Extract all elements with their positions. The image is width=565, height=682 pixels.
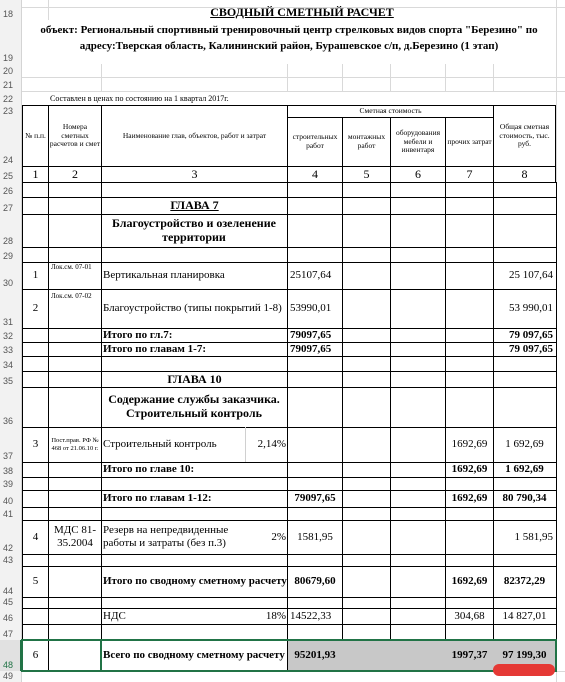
row-header-19[interactable]: 19 <box>0 20 22 64</box>
r31-total[interactable]: 53 990,01 <box>493 289 556 328</box>
r46-name: НДС <box>101 608 251 624</box>
r48-name: Всего по сводному сметному расчету <box>101 640 288 671</box>
r40-build[interactable]: 79097,65 <box>287 490 343 507</box>
r30-ref: Лок.см. 07-01 <box>51 263 99 288</box>
row-header-37[interactable]: 37 <box>0 427 22 462</box>
row-header-40[interactable]: 40 <box>0 490 22 507</box>
r37-num: 3 <box>22 427 49 462</box>
row-header-41[interactable]: 41 <box>0 507 22 520</box>
price-note: Составлен в ценах по состоянию на 1 квар… <box>48 92 308 105</box>
row-header-34[interactable]: 34 <box>0 356 22 371</box>
chapter10-title: ГЛАВА 10 <box>101 372 288 388</box>
r40-total[interactable]: 80 790,34 <box>493 490 556 507</box>
r42-pct[interactable]: 2% <box>250 520 287 554</box>
r44-name: Итого по сводному сметному расчету <box>101 566 288 597</box>
row-header-42[interactable]: 42 <box>0 520 22 554</box>
r37-total[interactable]: 1 692,69 <box>493 427 556 462</box>
r40-other[interactable]: 1692,69 <box>445 490 494 507</box>
r42-build[interactable]: 1581,95 <box>287 520 343 554</box>
row-header-25[interactable]: 25 <box>0 166 22 182</box>
object-line-1: объект: Региональный спортивный трениров… <box>22 22 556 38</box>
r44-build[interactable]: 80679,60 <box>287 566 343 597</box>
row-header-17[interactable] <box>0 0 22 7</box>
header-build: строительных работ <box>287 117 343 167</box>
row-header-29[interactable]: 29 <box>0 247 22 262</box>
object-line-2: адресу:Тверская область, Калининский рай… <box>22 38 556 54</box>
r37-ref: Пост.прав. РФ № 468 от 21.06.10 г. <box>48 428 102 461</box>
header-name: Наименование глав, объектов, работ и зат… <box>101 105 288 167</box>
row-header-47[interactable]: 47 <box>0 624 22 640</box>
row-header-49[interactable]: 49 <box>0 671 22 682</box>
row-header-46[interactable]: 46 <box>0 608 22 624</box>
r30-build[interactable]: 25107,64 <box>288 262 343 289</box>
r48-other[interactable]: 1997,37 <box>445 640 494 671</box>
header-mount: монтажных работ <box>342 117 391 167</box>
row-header-44[interactable]: 44 <box>0 566 22 597</box>
r46-total[interactable]: 14 827,01 <box>493 608 556 624</box>
header-other: прочих затрат <box>445 117 494 167</box>
r33-name: Итого по главам 1-7: <box>101 342 288 356</box>
index-3: 3 <box>101 166 288 183</box>
r32-name: Итого по гл.7: <box>101 328 288 342</box>
r33-total[interactable]: 79 097,65 <box>493 342 556 356</box>
row-header-21[interactable]: 21 <box>0 77 22 91</box>
row-header-23[interactable]: 23 <box>0 105 22 117</box>
r32-total[interactable]: 79 097,65 <box>493 328 556 342</box>
r33-build[interactable]: 79097,65 <box>288 342 343 356</box>
r44-total[interactable]: 82372,29 <box>493 566 556 597</box>
index-6: 6 <box>390 166 446 183</box>
r46-other[interactable]: 304,68 <box>445 608 494 624</box>
row-header-30[interactable]: 30 <box>0 262 22 289</box>
chapter7-title: ГЛАВА 7 <box>101 198 288 214</box>
r37-pct[interactable]: 2,14% <box>245 427 287 462</box>
header-num: № п.п. <box>22 105 49 167</box>
spreadsheet: 18 19 20 21 22 23 24 25 26 27 28 29 30 3… <box>0 0 565 682</box>
row-header-24[interactable]: 24 <box>0 117 22 166</box>
row-header-36[interactable]: 36 <box>0 387 22 427</box>
row-header-35[interactable]: 35 <box>0 371 22 387</box>
row-header-18[interactable]: 18 <box>0 7 22 20</box>
r38-other[interactable]: 1692,69 <box>445 462 494 477</box>
index-7: 7 <box>445 166 494 183</box>
row-header-28[interactable]: 28 <box>0 214 22 247</box>
r38-total[interactable]: 1 692,69 <box>493 462 556 477</box>
row-header-31[interactable]: 31 <box>0 289 22 328</box>
row-header-48[interactable]: 48 <box>0 640 22 671</box>
r46-build[interactable]: 14522,33 <box>288 608 343 624</box>
r31-ref: Лок.см. 07-02 <box>51 292 99 324</box>
row-header-20[interactable]: 20 <box>0 64 22 77</box>
chapter10-subtitle: Содержание службы заказчика. Строительны… <box>104 388 284 426</box>
index-4: 4 <box>287 166 343 183</box>
r42-num: 4 <box>22 520 49 554</box>
r44-other[interactable]: 1692,69 <box>445 566 494 597</box>
row-header-39[interactable]: 39 <box>0 477 22 490</box>
r48-num: 6 <box>22 640 49 671</box>
r38-name: Итого по главе 10: <box>101 462 288 477</box>
header-total: Общая сметная стоимость, тыс. руб. <box>493 105 556 167</box>
r30-num: 1 <box>22 262 49 289</box>
r30-name: Вертикальная планировка <box>101 262 288 289</box>
index-8: 8 <box>493 166 556 183</box>
header-equip: оборудования мебели и инвентаря <box>390 117 446 167</box>
r42-name: Резерв на непредвиденные работы и затрат… <box>101 520 251 554</box>
row-header-38[interactable]: 38 <box>0 462 22 477</box>
row-header-43[interactable]: 43 <box>0 554 22 566</box>
r37-other[interactable]: 1692,69 <box>445 427 494 462</box>
row-header-22[interactable]: 22 <box>0 91 22 105</box>
r46-pct[interactable]: 18% <box>250 608 287 624</box>
r40-name: Итого по главам 1-12: <box>101 490 288 507</box>
r48-build[interactable]: 95201,93 <box>287 640 343 671</box>
r32-build[interactable]: 79097,65 <box>288 328 343 342</box>
row-header-45[interactable]: 45 <box>0 597 22 608</box>
chapter7-subtitle: Благоустройство и озеленение территории <box>104 214 284 247</box>
r37-name: Строительный контроль <box>101 427 245 462</box>
index-2: 2 <box>48 166 102 183</box>
r42-ref: МДС 81-35.2004 <box>48 520 102 554</box>
row-header-27[interactable]: 27 <box>0 197 22 214</box>
index-5: 5 <box>342 166 391 183</box>
row-header-33[interactable]: 33 <box>0 342 22 356</box>
r31-build[interactable]: 53990,01 <box>288 289 343 328</box>
red-annotation-mark <box>493 664 555 676</box>
row-header-32[interactable]: 32 <box>0 328 22 342</box>
r30-total[interactable]: 25 107,64 <box>493 262 556 289</box>
r31-name: Благоустройство (типы покрытий 1-8) <box>101 289 288 328</box>
row-header-26[interactable]: 26 <box>0 182 22 197</box>
r44-num: 5 <box>22 566 49 597</box>
r31-num: 2 <box>22 289 49 328</box>
index-1: 1 <box>22 166 49 183</box>
sheet-title: СВОДНЫЙ СМЕТНЫЙ РАСЧЕТ <box>48 5 556 20</box>
r42-total[interactable]: 1 581,95 <box>493 520 556 554</box>
header-ref: Номера сметных расчетов и смет <box>48 105 102 167</box>
